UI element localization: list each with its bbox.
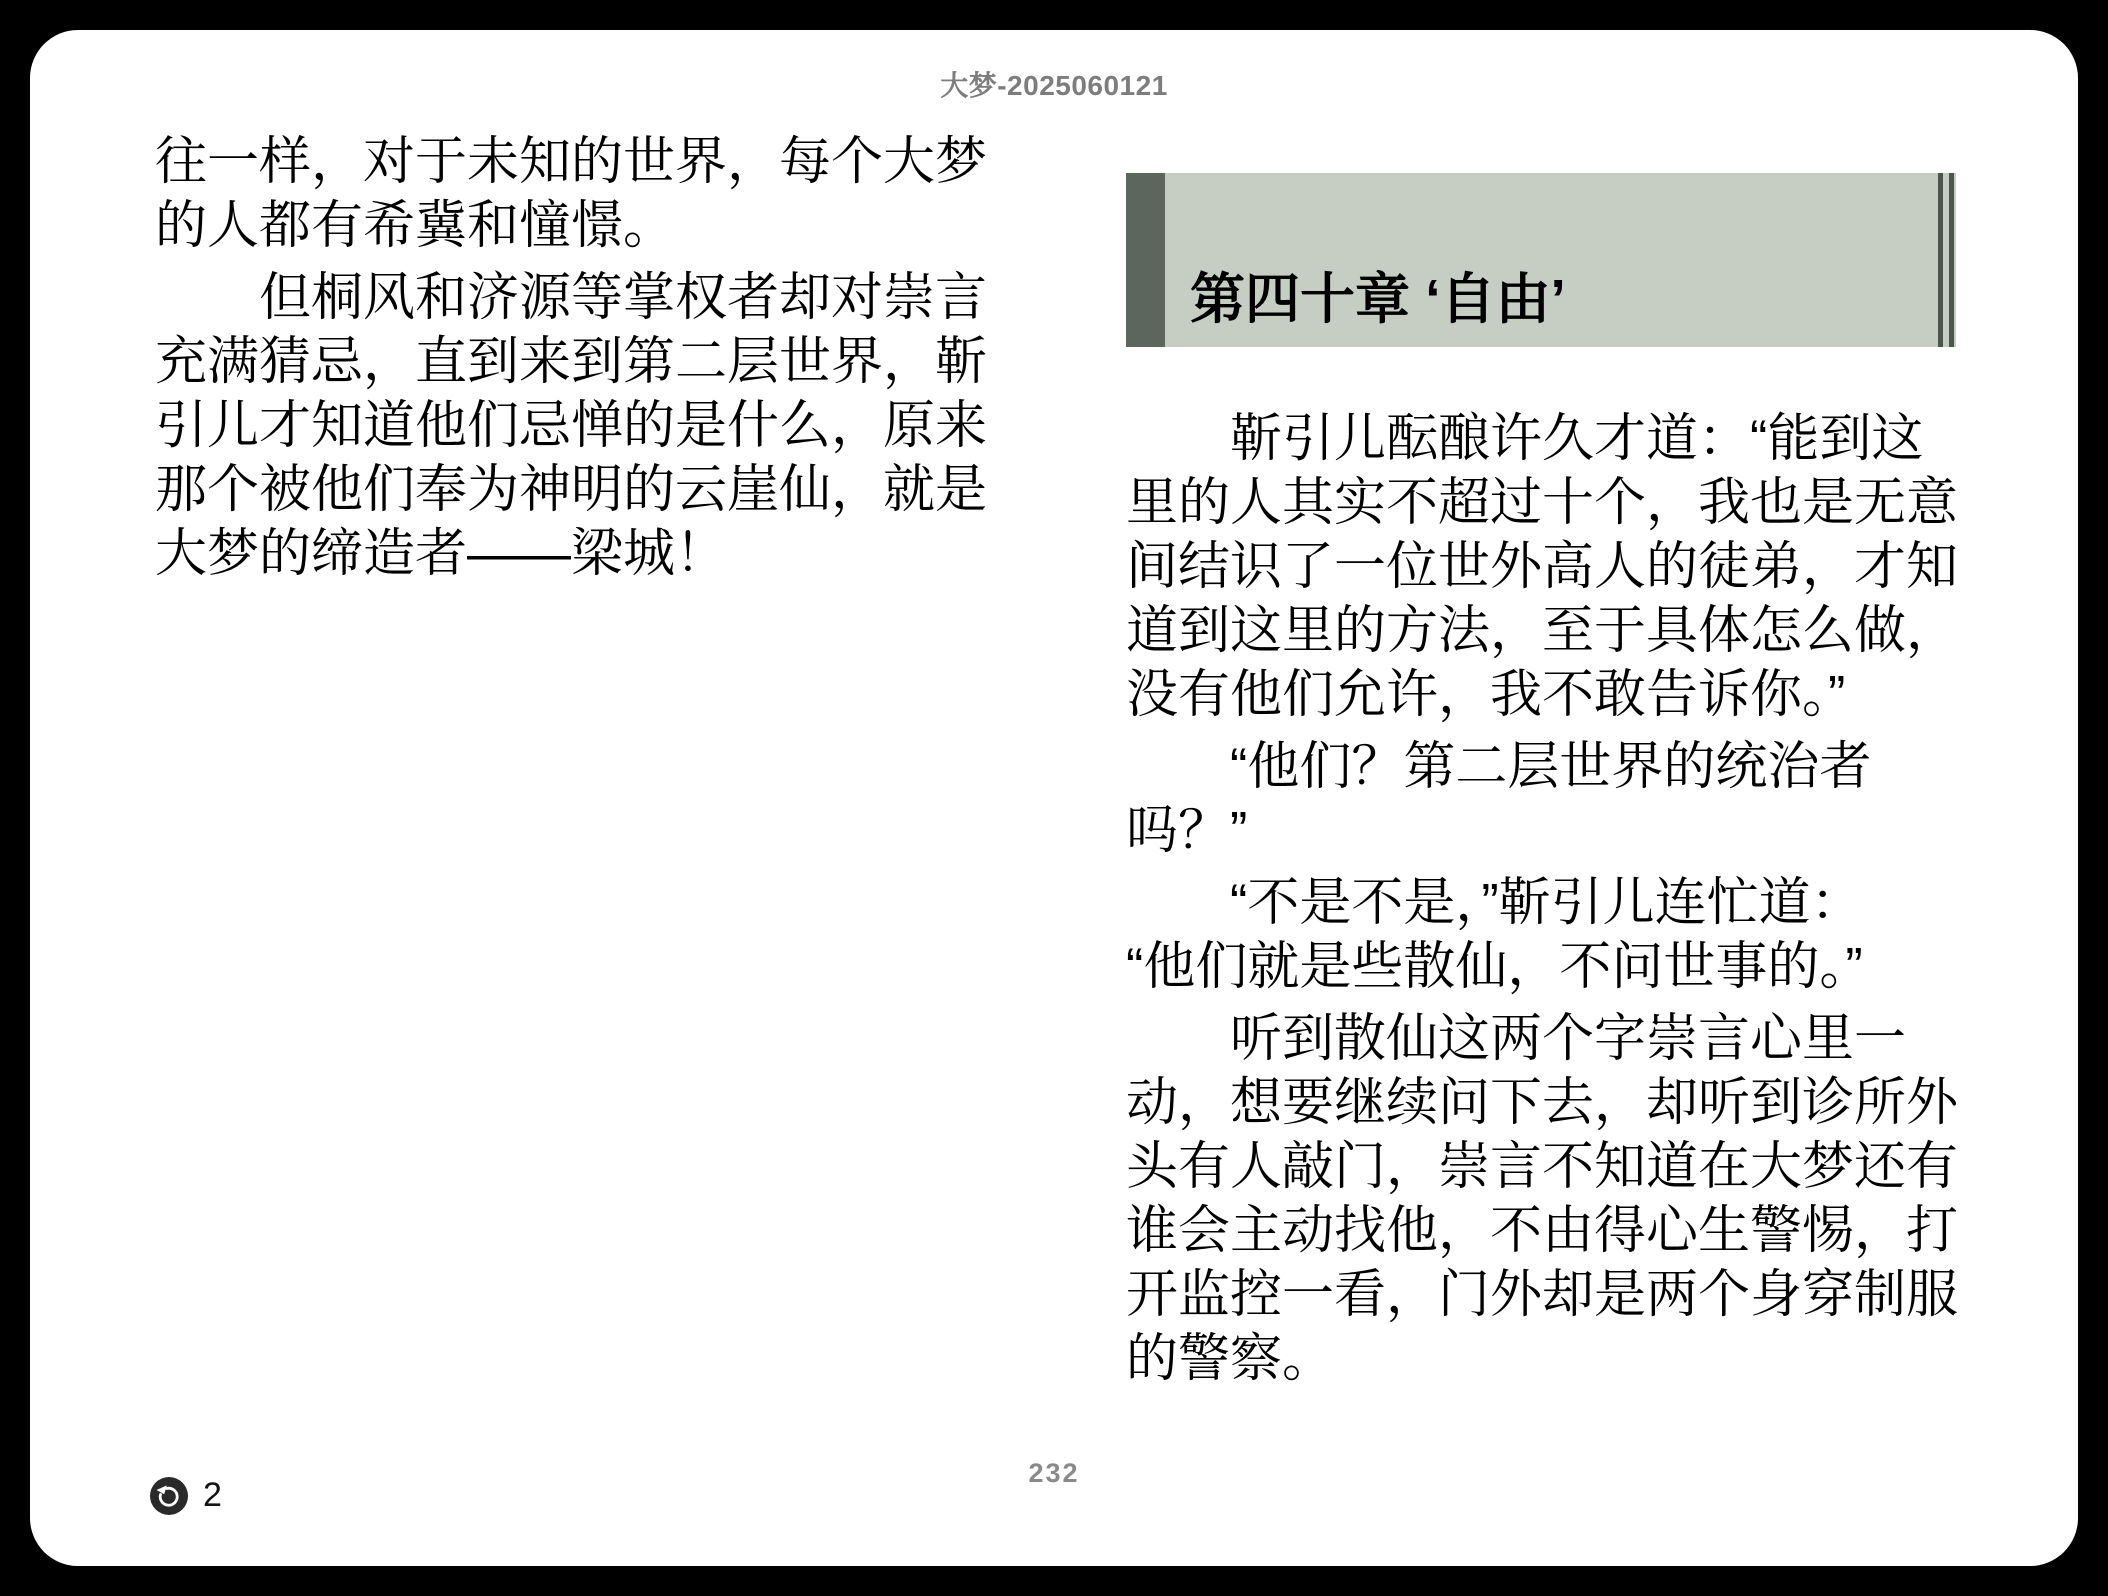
text-line: 开监控一看，门外却是两个身穿制服	[1126, 1263, 1958, 1327]
text-line: 动，想要继续问下去，却听到诊所外	[1126, 1071, 1958, 1135]
text-line: “他们？第二层世界的统治者	[1126, 735, 1958, 799]
text-line: 引儿才知道他们忌惮的是什么，原来	[155, 394, 995, 458]
paragraph: 靳引儿酝酿许久才道：“能到这 里的人其实不超过十个，我也是无意 间结识了一位世外…	[1126, 407, 1958, 727]
chapter-banner: 第四十章 ‘自由’	[1126, 173, 1956, 347]
text-line: 里的人其实不超过十个，我也是无意	[1126, 471, 1958, 535]
text-line: 没有他们允许，我不敢告诉你。”	[1126, 663, 1958, 727]
banner-accent-bar	[1126, 173, 1165, 347]
book-title: 大梦-2025060121	[30, 64, 2078, 104]
text-line: 往一样，对于未知的世界，每个大梦	[155, 130, 995, 194]
banner-right-rule	[1949, 173, 1954, 347]
chapter-title: 第四十章 ‘自由’	[1190, 267, 1566, 331]
text-line: 但桐风和济源等掌权者却对崇言	[155, 266, 995, 330]
paragraph: 但桐风和济源等掌权者却对崇言 充满猜忌，直到来到第二层世界，靳 引儿才知道他们忌…	[155, 266, 995, 586]
undo-button[interactable]: 2	[150, 1476, 222, 1515]
paragraph: “他们？第二层世界的统治者 吗？”	[1126, 735, 1958, 863]
text-line: 大梦的缔造者——梁城！	[155, 522, 995, 586]
paragraph: 往一样，对于未知的世界，每个大梦 的人都有希冀和憧憬。	[155, 130, 995, 258]
undo-icon[interactable]	[150, 1477, 188, 1515]
text-line: 间结识了一位世外高人的徒弟，才知	[1126, 535, 1958, 599]
text-line: 吗？”	[1126, 799, 1958, 863]
text-line: 充满猜忌，直到来到第二层世界，靳	[155, 330, 995, 394]
left-page-text: 往一样，对于未知的世界，每个大梦 的人都有希冀和憧憬。 但桐风和济源等掌权者却对…	[155, 130, 995, 586]
text-line: 头有人敲门，崇言不知道在大梦还有	[1126, 1135, 1958, 1199]
paragraph: 听到散仙这两个字崇言心里一 动，想要继续问下去，却听到诊所外 头有人敲门，崇言不…	[1126, 1007, 1958, 1391]
text-line: 的警察。	[1126, 1327, 1958, 1391]
text-line: 那个被他们奉为神明的云崖仙，就是	[155, 458, 995, 522]
text-line: “不是不是，”靳引儿连忙道：	[1126, 871, 1958, 935]
text-line: 靳引儿酝酿许久才道：“能到这	[1126, 407, 1958, 471]
banner-right-rule	[1938, 173, 1943, 347]
page-number: 232	[30, 1458, 2078, 1489]
paragraph: “不是不是，”靳引儿连忙道： “他们就是些散仙，不问世事的。”	[1126, 871, 1958, 999]
text-line: 道到这里的方法，至于具体怎么做，	[1126, 599, 1958, 663]
reader-page-card: 大梦-2025060121 往一样，对于未知的世界，每个大梦 的人都有希冀和憧憬…	[30, 30, 2078, 1566]
text-line: 的人都有希冀和憧憬。	[155, 194, 995, 258]
right-page-text: 第四十章 ‘自由’ 靳引儿酝酿许久才道：“能到这 里的人其实不超过十个，我也是无…	[1126, 173, 1958, 1391]
text-line: “他们就是些散仙，不问世事的。”	[1126, 935, 1958, 999]
text-line: 听到散仙这两个字崇言心里一	[1126, 1007, 1958, 1071]
undo-count: 2	[203, 1476, 222, 1515]
text-line: 谁会主动找他，不由得心生警惕，打	[1126, 1199, 1958, 1263]
